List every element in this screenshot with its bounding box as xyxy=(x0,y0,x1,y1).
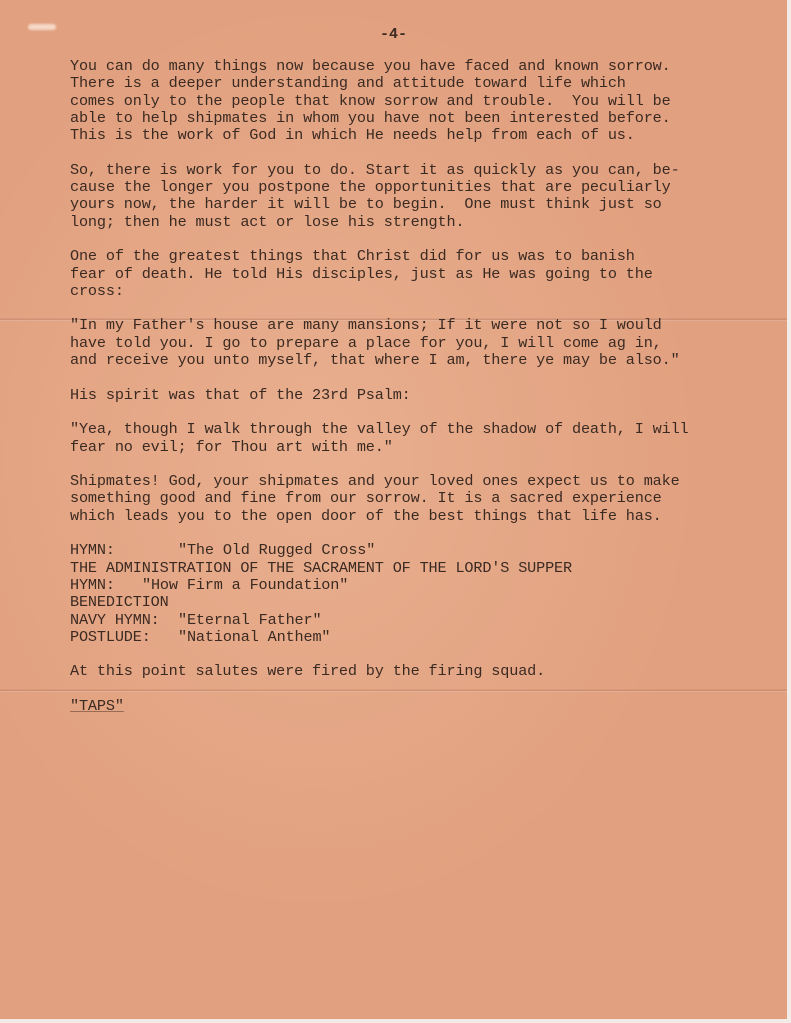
closing-note: At this point salutes were fired by the … xyxy=(70,663,770,680)
program-item: POSTLUDE:"National Anthem" xyxy=(70,629,770,646)
paragraph: "In my Father's house are many mansions;… xyxy=(70,317,770,369)
text-line: His spirit was that of the 23rd Psalm: xyxy=(70,387,770,404)
text-line: One of the greatest things that Christ d… xyxy=(70,248,770,265)
paragraph: You can do many things now because you h… xyxy=(70,58,770,144)
text-line: and receive you unto myself, that where … xyxy=(70,352,770,369)
text-line: long; then he must act or lose his stren… xyxy=(70,214,770,231)
program-item: NAVY HYMN:"Eternal Father" xyxy=(70,612,770,629)
service-program: HYMN:"The Old Rugged Cross" THE ADMINIST… xyxy=(70,542,770,646)
program-item: HYMN:"The Old Rugged Cross" xyxy=(70,542,770,559)
paragraph: Shipmates! God, your shipmates and your … xyxy=(70,473,770,525)
document-page: -4- You can do many things now because y… xyxy=(0,0,787,1019)
program-item: BENEDICTION xyxy=(70,594,770,611)
text-line: fear no evil; for Thou art with me." xyxy=(70,439,770,456)
text-line: which leads you to the open door of the … xyxy=(70,508,770,525)
text-line: comes only to the people that know sorro… xyxy=(70,93,770,110)
page-number: -4- xyxy=(0,26,787,43)
text-line: something good and fine from our sorrow.… xyxy=(70,490,770,507)
text-line: yours now, the harder it will be to begi… xyxy=(70,196,770,213)
text-line: able to help shipmates in whom you have … xyxy=(70,110,770,127)
text-line: You can do many things now because you h… xyxy=(70,58,770,75)
text-line: Shipmates! God, your shipmates and your … xyxy=(70,473,770,490)
taps-line: "TAPS" xyxy=(70,698,770,715)
text-line: cause the longer you postpone the opport… xyxy=(70,179,770,196)
text-line: There is a deeper understanding and atti… xyxy=(70,75,770,92)
text-line: fear of death. He told His disciples, ju… xyxy=(70,266,770,283)
text-line: So, there is work for you to do. Start i… xyxy=(70,162,770,179)
text-line: "Yea, though I walk through the valley o… xyxy=(70,421,770,438)
document-body: You can do many things now because you h… xyxy=(70,58,770,733)
paragraph: "Yea, though I walk through the valley o… xyxy=(70,421,770,456)
text-line: "In my Father's house are many mansions;… xyxy=(70,317,770,334)
text-line: This is the work of God in which He need… xyxy=(70,127,770,144)
text-line: cross: xyxy=(70,283,770,300)
program-item: THE ADMINISTRATION OF THE SACRAMENT OF T… xyxy=(70,560,770,577)
paragraph: His spirit was that of the 23rd Psalm: xyxy=(70,387,770,404)
program-item: HYMN:"How Firm a Foundation" xyxy=(70,577,770,594)
paragraph: One of the greatest things that Christ d… xyxy=(70,248,770,300)
paragraph: So, there is work for you to do. Start i… xyxy=(70,162,770,231)
text-line: have told you. I go to prepare a place f… xyxy=(70,335,770,352)
